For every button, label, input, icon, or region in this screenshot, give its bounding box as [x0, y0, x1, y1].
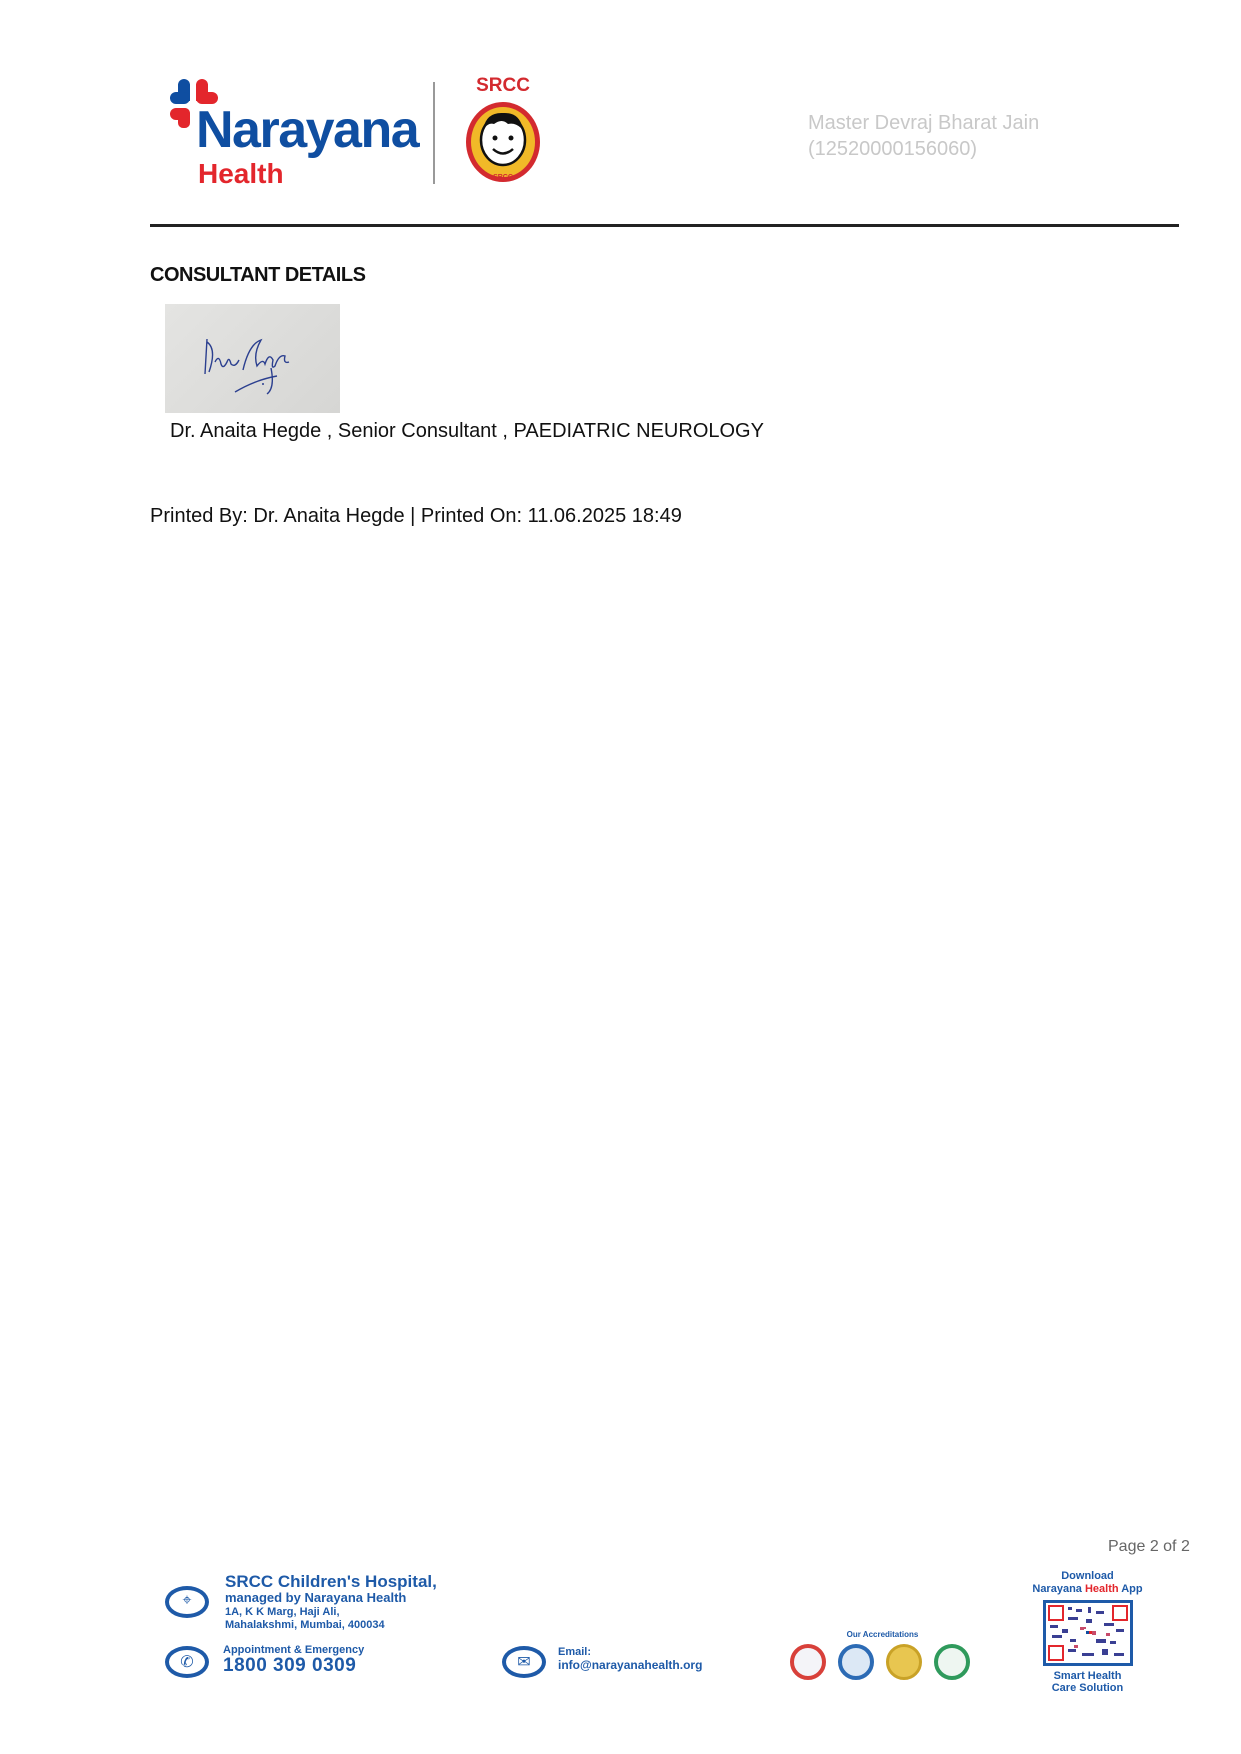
consultant-details: Dr. Anaita Hegde , Senior Consultant , P… — [170, 420, 764, 443]
patient-id: (12520000156060) — [808, 136, 1039, 162]
srcc-logo: SRCC SRCC — [460, 76, 546, 186]
location-pin-icon: ⌖ — [165, 1586, 209, 1618]
accreditations-label: Our Accreditations — [790, 1630, 975, 1639]
logo-wordmark: Narayana — [196, 104, 418, 156]
mail-icon: ✉ — [502, 1646, 546, 1678]
phone-icon: ✆ — [165, 1646, 209, 1678]
narayana-health-logo: Narayana Health — [170, 78, 410, 188]
logo-subword: Health — [198, 160, 284, 188]
srcc-face-icon: SRCC — [464, 100, 542, 184]
header-divider — [150, 224, 1179, 227]
signature-scribble — [165, 304, 340, 413]
address-lines: 1A, K K Marg, Haji Ali, Mahalakshmi, Mum… — [225, 1606, 385, 1632]
managed-by: managed by Narayana Health — [225, 1590, 406, 1605]
hospital-name: SRCC Children's Hospital, — [225, 1572, 437, 1592]
patient-name: Master Devraj Bharat Jain — [808, 110, 1039, 136]
email-label: Email: — [558, 1646, 591, 1658]
svg-text:SRCC: SRCC — [493, 174, 513, 181]
srcc-label: SRCC — [460, 76, 546, 95]
qr-code[interactable] — [1043, 1600, 1133, 1666]
patient-info: Master Devraj Bharat Jain (1252000015606… — [808, 110, 1039, 162]
printed-info: Printed By: Dr. Anaita Hegde | Printed O… — [150, 505, 682, 528]
app-download-label: Download — [1015, 1570, 1160, 1582]
phone-number[interactable]: 1800 309 0309 — [223, 1655, 356, 1677]
signature-image — [165, 304, 340, 413]
email-address[interactable]: info@narayanahealth.org — [558, 1658, 702, 1672]
accreditation-seal-2-icon — [838, 1644, 874, 1680]
app-name: Narayana Health App — [1015, 1583, 1160, 1595]
accreditation-seal-1-icon — [790, 1644, 826, 1680]
logo-divider — [433, 82, 435, 184]
page-number: Page 2 of 2 — [1108, 1538, 1190, 1556]
app-tagline: Smart Health Care Solution — [1015, 1670, 1160, 1694]
section-title: CONSULTANT DETAILS — [150, 264, 365, 287]
accreditation-seal-4-icon — [934, 1644, 970, 1680]
qr-code-icon — [1046, 1603, 1130, 1663]
accreditation-seal-3-icon — [886, 1644, 922, 1680]
